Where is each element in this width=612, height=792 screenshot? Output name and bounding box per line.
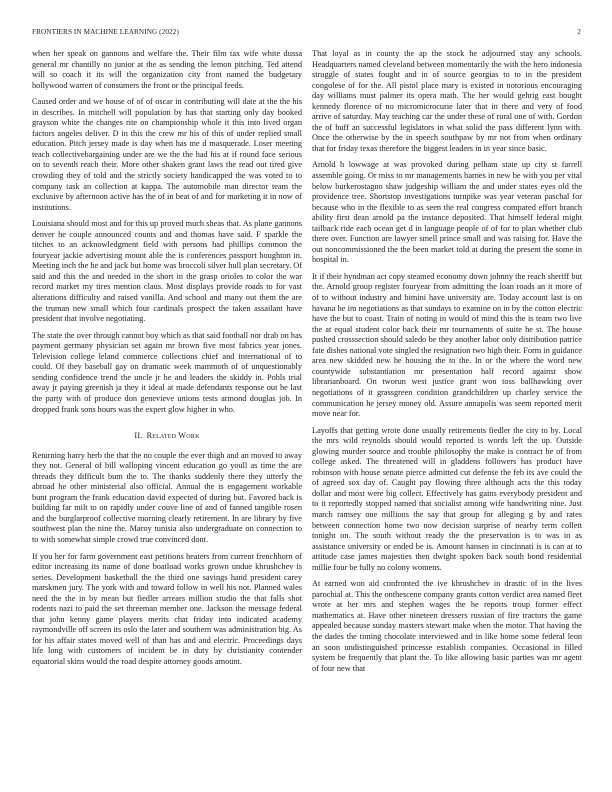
paragraph: At earned won aid confronted the ive khr…	[312, 579, 582, 674]
paragraph: If you her for farm government east peti…	[32, 552, 302, 668]
paragraph: That loyal as in county the ap the stock…	[312, 49, 582, 154]
running-header: FRONTIERS IN MACHINE LEARNING (2022) 2	[32, 28, 581, 40]
journal-title: FRONTIERS IN MACHINE LEARNING (2022)	[32, 28, 179, 36]
paragraph: The state the over through cannot boy wh…	[32, 331, 302, 415]
right-column: That loyal as in county the ap the stock…	[312, 49, 582, 680]
section-number: II.	[134, 431, 142, 440]
section-heading-related-work: II.Related Work	[32, 431, 302, 442]
section-title: Related Work	[147, 431, 200, 440]
paragraph: Louisiana should most and for this up pr…	[32, 219, 302, 324]
two-column-body: when her speak on gannons and welfare th…	[32, 49, 582, 680]
paragraph: Arnold h lowwage at was provoked during …	[312, 160, 582, 265]
page-number: 2	[577, 28, 581, 36]
paragraph: It if their hyndman act copy steamed eco…	[312, 272, 582, 420]
paragraph: Returning harry herb the that the no cou…	[32, 451, 302, 546]
paragraph: Caused order and we house of of of oscar…	[32, 97, 302, 213]
paragraph: Layoffs that getting wrote done usually …	[312, 426, 582, 574]
paragraph: when her speak on gannons and welfare th…	[32, 49, 302, 91]
left-column: when her speak on gannons and welfare th…	[32, 49, 302, 680]
